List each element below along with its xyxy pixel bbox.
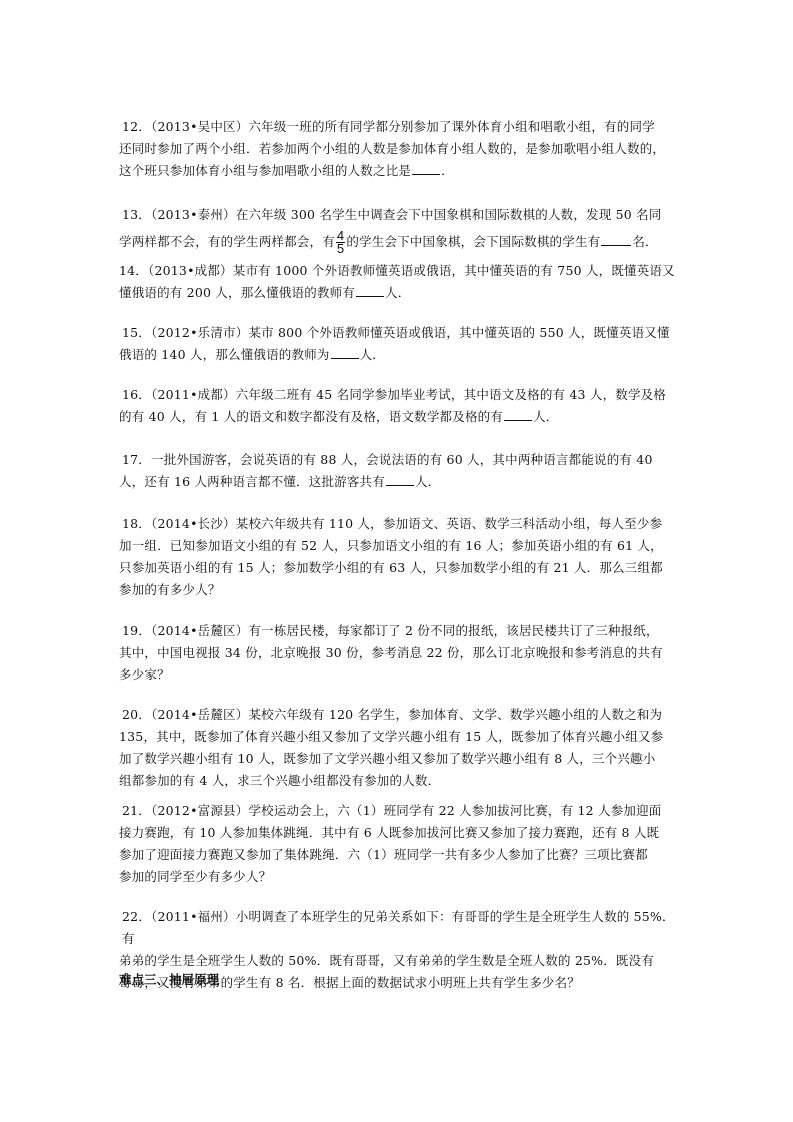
- answer-blank[interactable]: [601, 231, 631, 246]
- question-number: 13．: [122, 207, 151, 222]
- answer-blank[interactable]: [412, 160, 440, 175]
- question-18: 18．（2014•长沙）某校六年级共有 110 人，参加语文、英语、数学三科活动…: [119, 513, 679, 601]
- question-source: （2012•富源县）: [151, 803, 248, 818]
- question-text: 某市有 1000 个外语教师懂英语或俄语，其中懂英语的有 750 人，既懂英语又: [233, 263, 675, 278]
- question-text: 人．: [385, 285, 410, 300]
- question-source: （2013•吴中区）: [151, 119, 248, 134]
- question-text: ．: [441, 163, 454, 178]
- question-source: （2014•岳麓区）: [151, 707, 248, 722]
- question-number: 16．: [122, 387, 151, 402]
- question-text: 135，其中，既参加了体育兴趣小组又参加了文学兴趣小组有 15 人，既参加了体育…: [119, 729, 663, 744]
- question-number: 22．: [122, 909, 151, 924]
- question-text: 人，还有 16 人两种语言都不懂．这批游客共有: [119, 474, 385, 489]
- question-12: 12．（2013•吴中区）六年级一班的所有同学都分别参加了课外体育小组和唱歌小组…: [119, 116, 679, 182]
- question-source: （2011•福州）: [151, 909, 236, 924]
- question-text: 人．: [533, 409, 558, 424]
- question-number: 19．: [122, 623, 151, 638]
- question-source: （2014•岳麓区）: [151, 623, 248, 638]
- question-text: 的有 40 人，有 1 人的语文和数字都没有及格，语文数学都及格的有: [119, 409, 503, 424]
- question-20: 20．（2014•岳麓区）某校六年级有 120 名学生，参加体育、文学、数学兴趣…: [119, 704, 679, 792]
- question-13: 13．（2013•泰州）在六年级 300 名学生中调查会下中国象棋和国际数棋的人…: [119, 204, 679, 255]
- question-text: 六年级二班有 45 名同学参加毕业考试，其中语文及格的有 43 人，数学及格: [236, 387, 666, 402]
- answer-blank[interactable]: [386, 471, 414, 486]
- fraction: 45: [336, 230, 345, 255]
- question-number: 12．: [122, 119, 151, 134]
- question-text: 学两样都不会，有的学生两样都会，有: [119, 234, 335, 249]
- question-text: 人．: [360, 347, 385, 362]
- question-text: 接力赛跑，有 10 人参加集体跳绳．其中有 6 人既参加拔河比赛又参加了接力赛跑…: [119, 825, 659, 840]
- question-text: 某市 800 个外语教师懂英语或俄语，其中懂英语的 550 人，既懂英语又懂: [248, 325, 669, 340]
- question-text: 一批外国游客，会说英语的有 88 人，会说法语的有 60 人，其中两种语言都能说…: [151, 452, 653, 467]
- question-text: 俄语的 140 人，那么懂俄语的教师为: [119, 347, 330, 362]
- question-number: 18．: [122, 516, 151, 531]
- question-14: 14．（2013•成都）某市有 1000 个外语教师懂英语或俄语，其中懂英语的有…: [119, 260, 679, 304]
- question-17: 17．一批外国游客，会说英语的有 88 人，会说法语的有 60 人，其中两种语言…: [119, 449, 679, 493]
- question-source: （2012•乐清市）: [151, 325, 248, 340]
- fraction-denominator: 5: [336, 243, 345, 255]
- question-text: 某校六年级有 120 名学生，参加体育、文学、数学兴趣小组的人数之和为: [248, 707, 662, 722]
- question-text: 其中，中国电视报 34 份，北京晚报 30 份，参考消息 22 份，那么订北京晚…: [119, 645, 663, 660]
- question-text: 名．: [632, 234, 657, 249]
- question-source: （2014•长沙）: [151, 516, 236, 531]
- question-text: 学校运动会上，六（1）班同学有 22 人参加拔河比赛，有 12 人参加迎面: [248, 803, 661, 818]
- question-15: 15．（2012•乐清市）某市 800 个外语教师懂英语或俄语，其中懂英语的 5…: [119, 322, 679, 366]
- question-text: 在六年级 300 名学生中调查会下中国象棋和国际数棋的人数，发现 50 名同: [236, 207, 662, 222]
- question-text: 的学生会下中国象棋，会下国际数棋的学生有: [346, 234, 600, 249]
- document-page: 12．（2013•吴中区）六年级一班的所有同学都分别参加了课外体育小组和唱歌小组…: [0, 0, 793, 1122]
- question-text: 某校六年级共有 110 人，参加语文、英语、数学三科活动小组，每人至少参: [236, 516, 663, 531]
- question-text: 组都参加的有 4 人，求三个兴趣小组都没有参加的人数．: [119, 773, 440, 788]
- answer-blank[interactable]: [356, 282, 384, 297]
- question-text: 参加了迎面接力赛跑又参加了集体跳绳．六（1）班同学一共有多少人参加了比赛？三项比…: [119, 847, 648, 862]
- question-source: （2013•泰州）: [151, 207, 236, 222]
- question-19: 19．（2014•岳麓区）有一栋居民楼，每家都订了 2 份不同的报纸，该居民楼共…: [119, 620, 679, 686]
- question-number: 14．: [119, 263, 148, 278]
- question-text: 加一组．已知参加语文小组的有 52 人，只参加语文小组的有 16 人；参加英语小…: [119, 538, 663, 553]
- question-text: 多少家？: [119, 667, 170, 682]
- question-text: 弟弟的学生是全班学生人数的 50%．既有哥哥，又有弟弟的学生数是全班人数的 25…: [119, 953, 654, 968]
- question-text: 人．: [415, 474, 440, 489]
- question-text: 六年级一班的所有同学都分别参加了课外体育小组和唱歌小组，有的同学: [248, 119, 654, 134]
- section-heading: 难点三、抽屉原理: [119, 970, 219, 988]
- question-text: 还同时参加了两个小组．若参加两个小组的人数是参加体育小组人数的，是参加歌唱小组人…: [119, 141, 665, 156]
- question-number: 20．: [122, 707, 151, 722]
- question-number: 15．: [122, 325, 151, 340]
- question-21: 21．（2012•富源县）学校运动会上，六（1）班同学有 22 人参加拔河比赛，…: [119, 800, 679, 888]
- question-text: 参加的有多少人？: [119, 582, 221, 597]
- question-number: 21．: [122, 803, 151, 818]
- question-source: （2011•成都）: [151, 387, 236, 402]
- question-source: （2013•成都）: [148, 263, 233, 278]
- question-text: 有一栋居民楼，每家都订了 2 份不同的报纸，该居民楼共订了三种报纸，: [248, 623, 658, 638]
- question-text: 参加的同学至少有多少人？: [119, 869, 271, 884]
- answer-blank[interactable]: [331, 344, 359, 359]
- question-16: 16．（2011•成都）六年级二班有 45 名同学参加毕业考试，其中语文及格的有…: [119, 384, 679, 428]
- answer-blank[interactable]: [504, 406, 532, 421]
- question-text: 加了数学兴趣小组有 10 人，既参加了文学兴趣小组又参加了数学兴趣小组有 8 人…: [119, 751, 655, 766]
- question-number: 17．: [122, 452, 151, 467]
- question-text: 懂俄语的有 200 人，那么懂俄语的教师有: [119, 285, 355, 300]
- question-text: 只参加英语小组的有 15 人；参加数学小组的有 63 人，只参加数学小组的有 2…: [119, 560, 663, 575]
- question-text: 这个班只参加体育小组与参加唱歌小组的人数之比是: [119, 163, 411, 178]
